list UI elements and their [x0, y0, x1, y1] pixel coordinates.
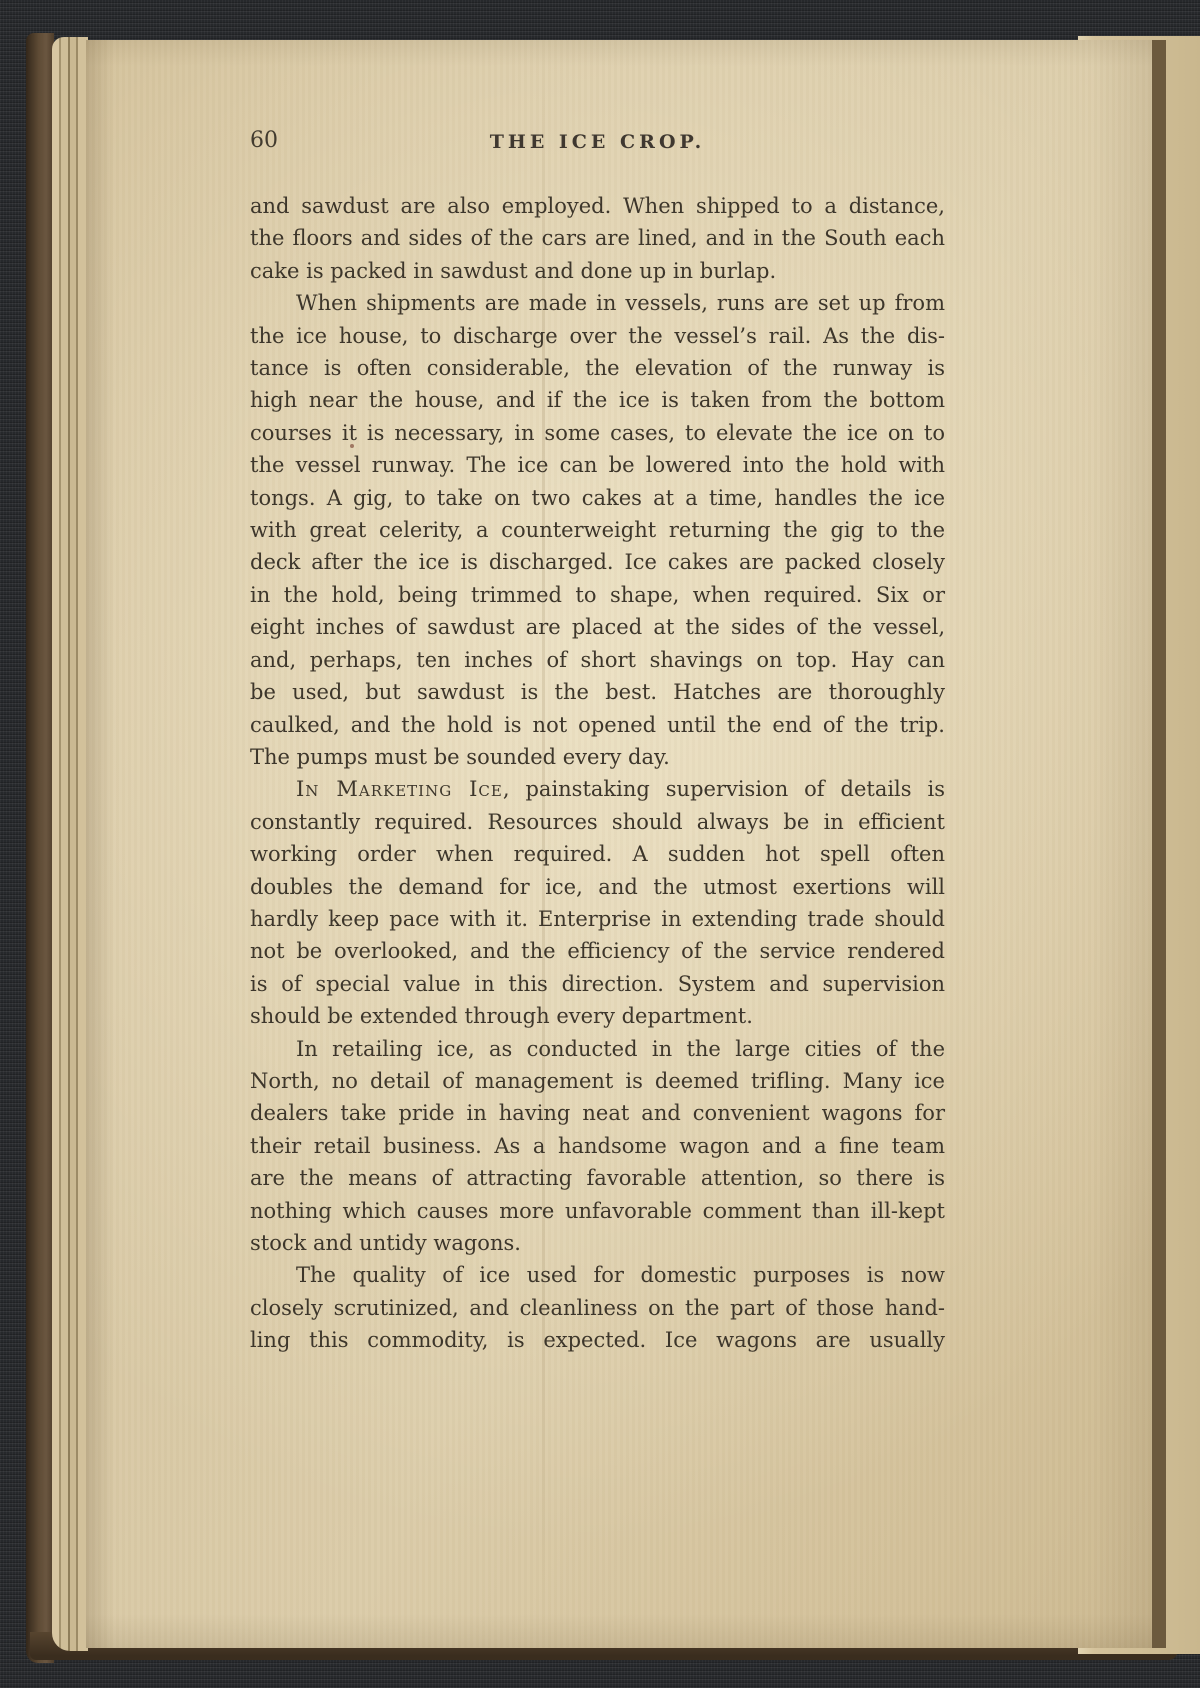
- text-line: courses it is necessary, in some cases, …: [250, 417, 945, 449]
- smallcaps-phrase: In Marketing Ice: [296, 777, 503, 801]
- text-line: deck after the ice is discharged. Ice ca…: [250, 546, 945, 578]
- book-page: 60 THE ICE CROP. and sawdust are also em…: [86, 40, 1152, 1648]
- text-line: eight inches of sawdust are placed at th…: [250, 611, 945, 643]
- running-title: THE ICE CROP.: [250, 131, 945, 153]
- text-line: working order when required. A sudden ho…: [250, 838, 945, 870]
- text-line: The quality of ice used for domestic pur…: [250, 1259, 945, 1291]
- text-line: The pumps must be sounded every day.: [250, 741, 945, 773]
- text-line: In retailing ice, as conducted in the la…: [250, 1033, 945, 1065]
- text-line: ling this commodity, is expected. Ice wa…: [250, 1324, 945, 1356]
- scanned-book-photo: 60 THE ICE CROP. and sawdust are also em…: [0, 0, 1200, 1688]
- text-line: In Marketing Ice, painstaking supervisio…: [250, 773, 945, 805]
- text-block: and sawdust are also employed. When ship…: [250, 190, 945, 1357]
- text-line: are the means of attracting favorable at…: [250, 1162, 945, 1194]
- text-line: hardly keep pace with it. Enterprise in …: [250, 903, 945, 935]
- text-line: should be extended through every departm…: [250, 1000, 945, 1032]
- text-line: in the hold, being trimmed to shape, whe…: [250, 579, 945, 611]
- text-line: the floors and sides of the cars are lin…: [250, 222, 945, 254]
- text-line: tance is often considerable, the elevati…: [250, 352, 945, 384]
- text-line: and sawdust are also employed. When ship…: [250, 190, 945, 222]
- text-line: and, perhaps, ten inches of short shavin…: [250, 644, 945, 676]
- text-line: dealers take pride in having neat and co…: [250, 1097, 945, 1129]
- text-line: When shipments are made in vessels, runs…: [250, 287, 945, 319]
- text-line: stock and untidy wagons.: [250, 1227, 945, 1259]
- page-edge-stack: [52, 37, 88, 1651]
- text-line: with great celerity, a counterweight ret…: [250, 514, 945, 546]
- text-line: closely scrutinized, and cleanliness on …: [250, 1292, 945, 1324]
- text-line: is of special value in this direction. S…: [250, 968, 945, 1000]
- text-line: high near the house, and if the ice is t…: [250, 384, 945, 416]
- text-line: the ice house, to discharge over the ves…: [250, 320, 945, 352]
- book-cover-spine-edge: [26, 33, 54, 1663]
- text-line: constantly required. Resources should al…: [250, 806, 945, 838]
- text-line: nothing which causes more unfavorable co…: [250, 1195, 945, 1227]
- text-line: caulked, and the hold is not opened unti…: [250, 709, 945, 741]
- text-line: their retail business. As a handsome wag…: [250, 1130, 945, 1162]
- text-line: doubles the demand for ice, and the utmo…: [250, 871, 945, 903]
- text-line: the vessel runway. The ice can be lowere…: [250, 449, 945, 481]
- text-line: not be overlooked, and the efficiency of…: [250, 935, 945, 967]
- text-line: cake is packed in sawdust and done up in…: [250, 255, 945, 287]
- text-line: North, no detail of management is deemed…: [250, 1065, 945, 1097]
- text-line: tongs. A gig, to take on two cakes at a …: [250, 482, 945, 514]
- text-line: be used, but sawdust is the best. Hatche…: [250, 676, 945, 708]
